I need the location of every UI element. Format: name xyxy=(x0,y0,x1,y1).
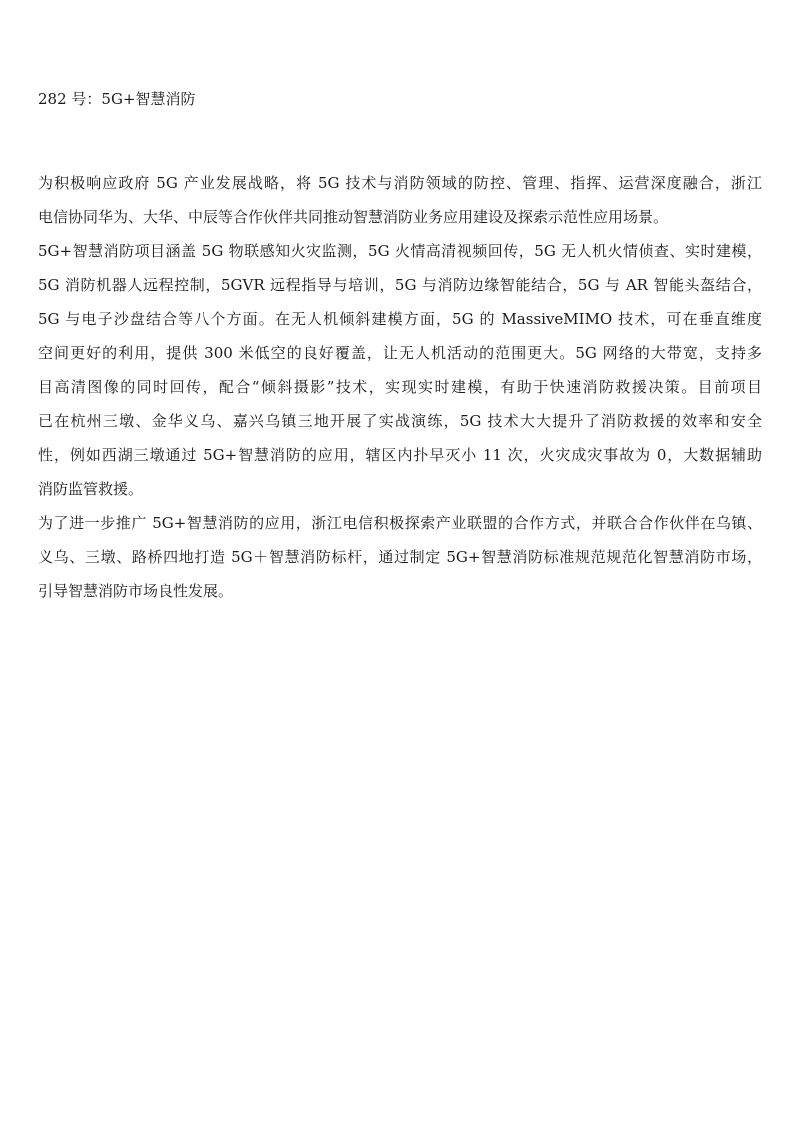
paragraph-3-line-3: 引导智慧消防市场良性发展。 xyxy=(38,580,762,602)
document-title: 282 号：5G+智慧消防 xyxy=(38,88,196,110)
paragraph-2-line-2: 5G 消防机器人远程控制，5GVR 远程指导与培训，5G 与消防边缘智能结合，5… xyxy=(38,274,762,296)
paragraph-2-line-5: 目高清图像的同时回传，配合“倾斜摄影”技术，实现实时建模，有助于快速消防救援决策… xyxy=(38,376,762,398)
paragraph-2-line-8: 消防监管救援。 xyxy=(38,478,762,500)
paragraph-2-line-6: 已在杭州三墩、金华义乌、嘉兴乌镇三地开展了实战演练，5G 技术大大提升了消防救援… xyxy=(38,410,762,432)
document-page: 282 号：5G+智慧消防 为积极响应政府 5G 产业发展战略，将 5G 技术与… xyxy=(0,0,800,1131)
paragraph-2-line-4: 空间更好的利用，提供 300 米低空的良好覆盖，让无人机活动的范围更大。5G 网… xyxy=(38,342,762,364)
paragraph-3-line-1: 为了进一步推广 5G+智慧消防的应用，浙江电信积极探索产业联盟的合作方式，并联合… xyxy=(38,512,762,534)
paragraph-2-line-1: 5G+智慧消防项目涵盖 5G 物联感知火灾监测，5G 火情高清视频回传，5G 无… xyxy=(38,240,762,262)
paragraph-1-line-2: 电信协同华为、大华、中辰等合作伙伴共同推动智慧消防业务应用建设及探索示范性应用场… xyxy=(38,206,762,228)
paragraph-2-line-7: 性，例如西湖三墩通过 5G+智慧消防的应用，辖区内扑早灭小 11 次，火灾成灾事… xyxy=(38,444,762,466)
paragraph-3-line-2: 义乌、三墩、路桥四地打造 5G＋智慧消防标杆，通过制定 5G+智慧消防标准规范规… xyxy=(38,546,762,568)
paragraph-2-line-3: 5G 与电子沙盘结合等八个方面。在无人机倾斜建模方面，5G 的 MassiveM… xyxy=(38,308,762,330)
paragraph-1-line-1: 为积极响应政府 5G 产业发展战略，将 5G 技术与消防领域的防控、管理、指挥、… xyxy=(38,172,762,194)
